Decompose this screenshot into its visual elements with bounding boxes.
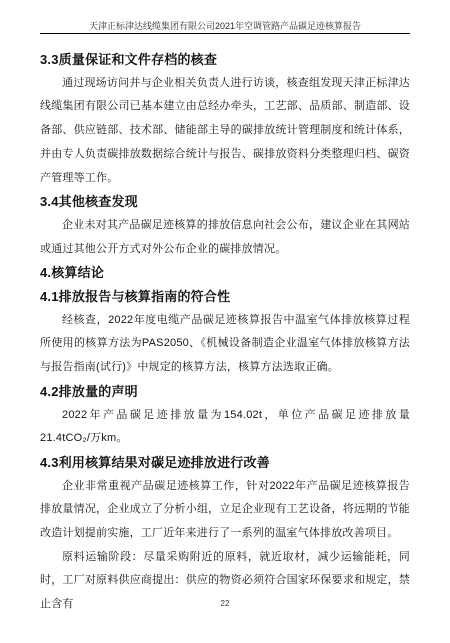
heading-4: 4.核算结论 xyxy=(40,261,410,285)
paragraph-4-1: 经核查，2022年度电缆产品碳足迹核算报告中温室气体排放核算过程所使用的核算方法… xyxy=(40,309,410,380)
document-body: 3.3质量保证和文件存档的核查 通过现场访问并与企业相关负责人进行访谈，核查组发… xyxy=(40,48,410,617)
heading-4-1: 4.1排放报告与核算指南的符合性 xyxy=(40,285,410,309)
page-number: 22 xyxy=(0,599,450,608)
document-page: 天津正标津达线缆集团有限公司2021年空调管路产品碳足迹核算报告 3.3质量保证… xyxy=(0,0,450,643)
heading-4-2: 4.2排放量的声明 xyxy=(40,380,410,404)
paragraph-3-3: 通过现场访问并与企业相关负责人进行访谈，核查组发现天津正标津达线缆集团有限公司已… xyxy=(40,72,410,191)
paragraph-3-4: 企业未对其产品碳足迹核算的排放信息向社会公布，建议企业在其网站或通过其他公开方式… xyxy=(40,214,410,261)
paragraph-4-3-1: 企业非常重视产品碳足迹核算工作，针对2022年产品碳足迹核算报告排放量情况，企业… xyxy=(40,475,410,546)
heading-4-3: 4.3利用核算结果对碳足迹排放进行改善 xyxy=(40,451,410,475)
document-header-title: 天津正标津达线缆集团有限公司2021年空调管路产品碳足迹核算报告 xyxy=(40,21,410,32)
heading-3-3: 3.3质量保证和文件存档的核查 xyxy=(40,48,410,72)
paragraph-4-2: 2022年产品碳足迹排放量为154.02t，单位产品碳足迹排放量21.4tCO₂… xyxy=(40,404,410,451)
heading-3-4: 3.4其他核查发现 xyxy=(40,190,410,214)
header-divider xyxy=(40,33,410,34)
